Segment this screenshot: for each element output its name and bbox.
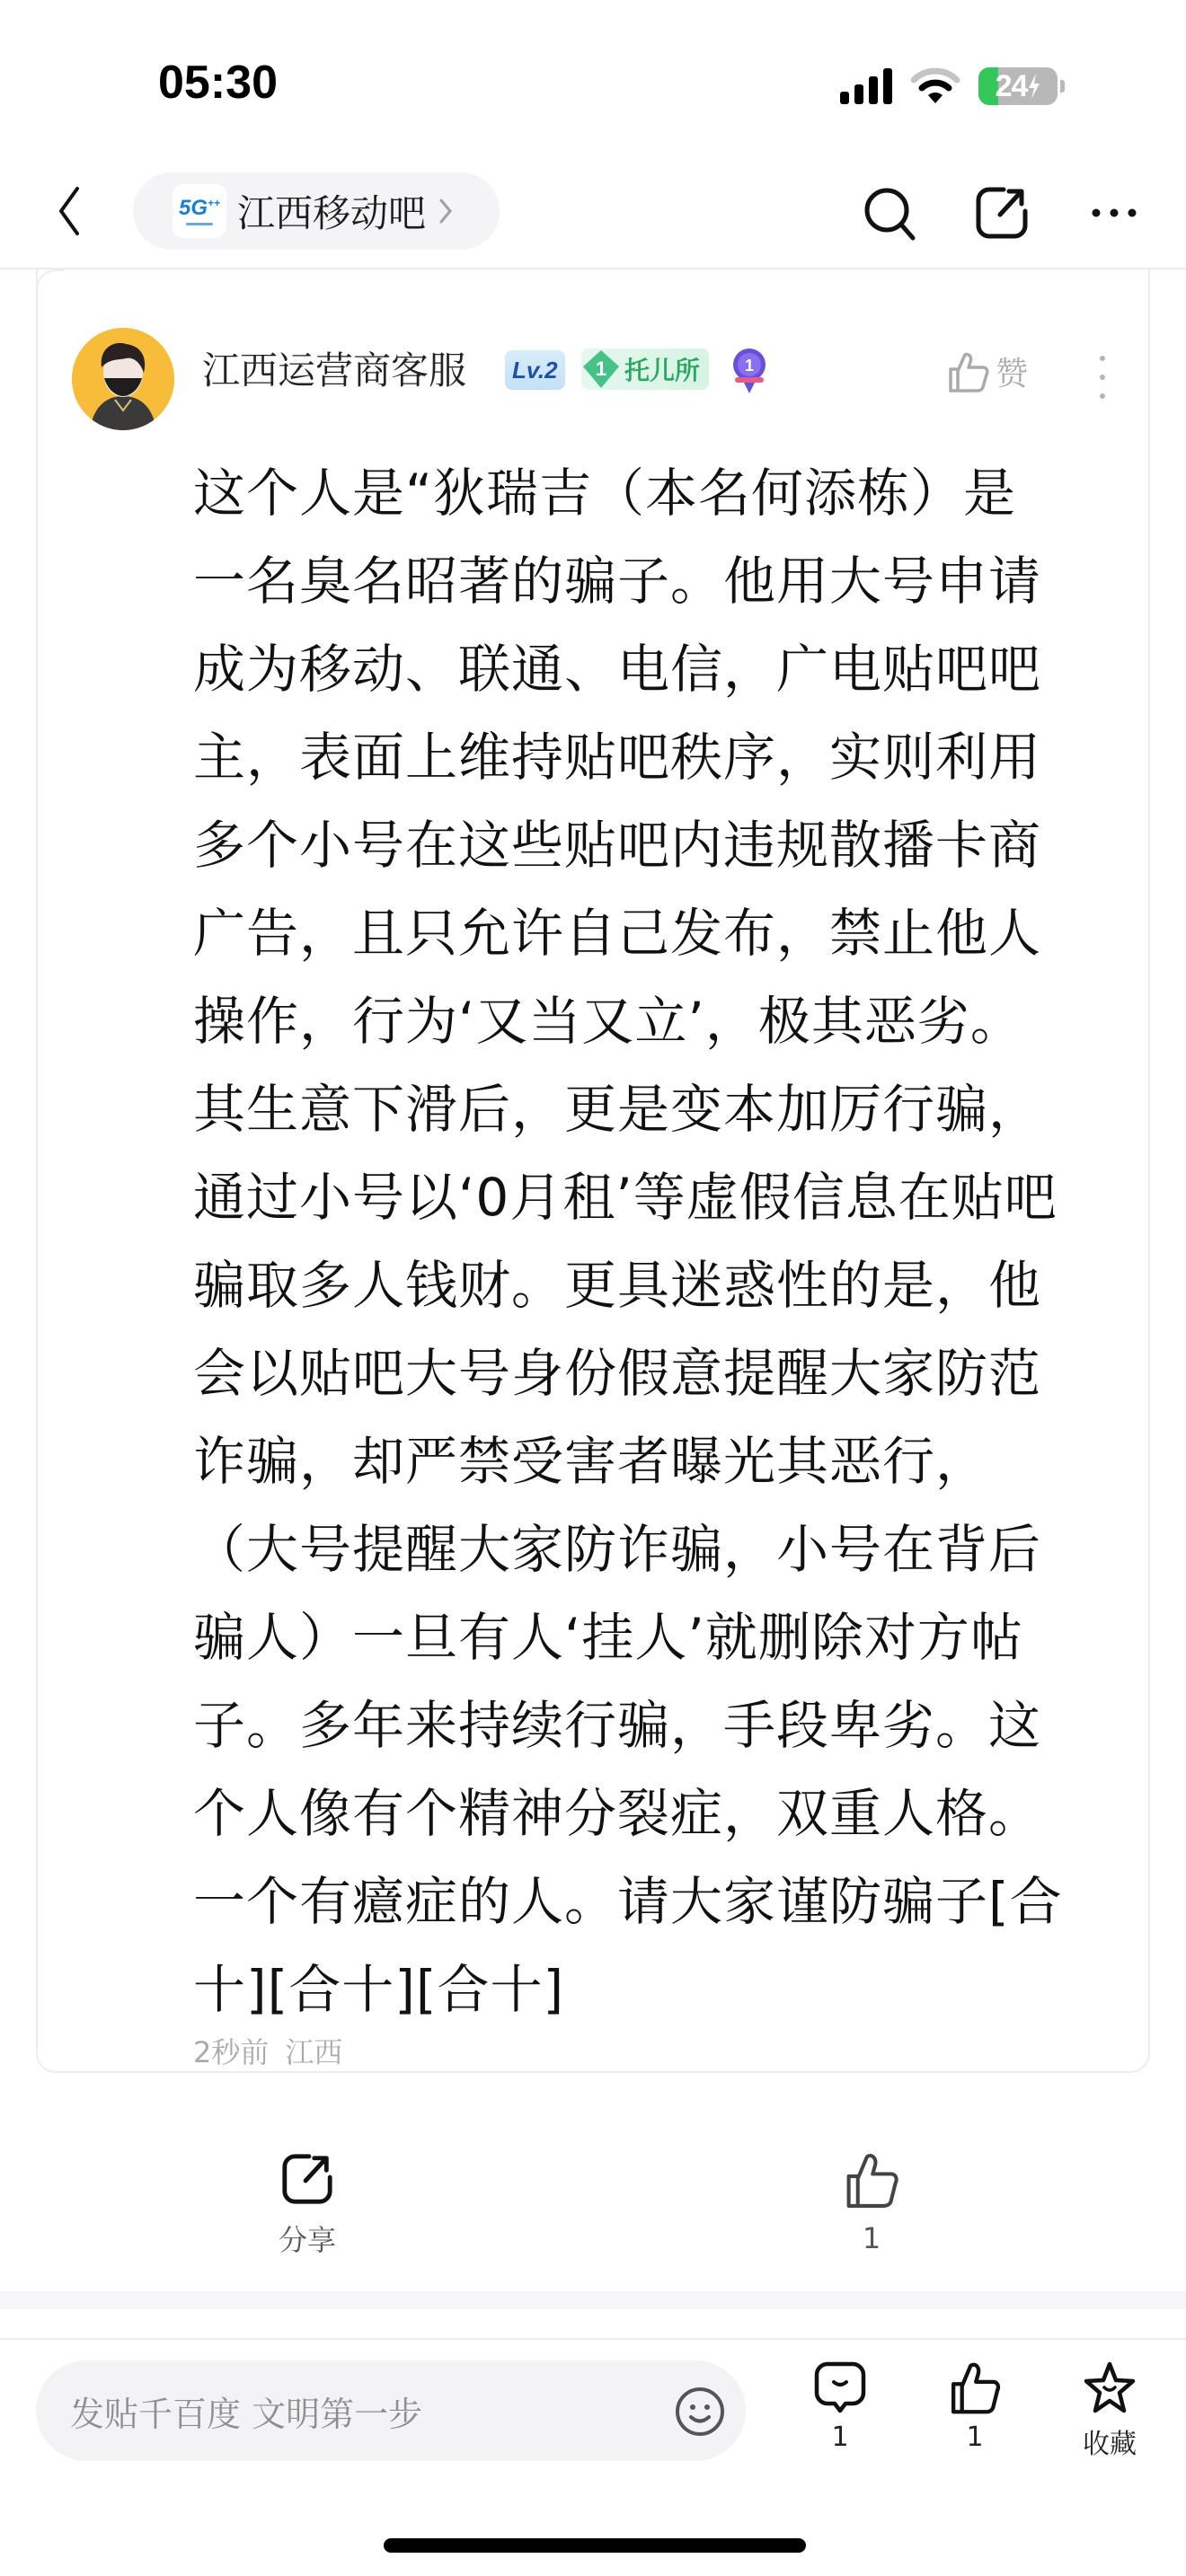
search-button[interactable] <box>861 184 918 242</box>
status-time: 05:30 <box>158 56 278 110</box>
body-line: 骗取多人钱财。更具迷惑性的是，他 <box>193 1241 1128 1329</box>
body-line: 其生意下滑后，更是变本加厉行骗， <box>193 1065 1128 1153</box>
search-icon <box>861 184 918 242</box>
share-action-button[interactable]: 分享 <box>235 2151 379 2259</box>
comment-button[interactable]: 1 <box>791 2360 889 2453</box>
post-meta: 2秒前 江西 <box>193 2030 342 2071</box>
post-time: 2秒前 <box>193 2030 269 2071</box>
more-horizontal-icon <box>1085 184 1143 242</box>
body-line: 通过小号以‘0月租’等虚假信息在贴吧 <box>193 1153 1128 1241</box>
emoji-button[interactable] <box>674 2386 726 2438</box>
share-icon <box>973 184 1031 242</box>
post-card: 江西运营商客服 Lv.2 1 托儿所 1 赞 这个人是“狄瑞吉（本名何添栋）是 … <box>36 269 1150 2073</box>
body-line: 这个人是“狄瑞吉（本名何添栋）是 <box>193 449 1128 537</box>
body-line: 骗人）一旦有人‘挂人’就删除对方帖 <box>193 1593 1128 1681</box>
comment-input[interactable]: 发贴千百度 文明第一步 <box>36 2360 746 2461</box>
forum-name: 江西移动吧 <box>237 184 426 238</box>
body-line: 操作，行为‘又当又立’，极其恶劣。 <box>193 977 1128 1065</box>
top-nav-bar: 5G++ 江西移动吧 <box>0 171 1186 251</box>
status-icons: 24 <box>840 66 1065 106</box>
battery-indicator: 24 <box>978 67 1065 105</box>
favorite-button[interactable]: 收藏 <box>1060 2360 1159 2461</box>
body-line: 诈骗，却严禁受害者曝光其恶行， <box>193 1417 1128 1505</box>
back-button[interactable] <box>47 184 92 238</box>
body-line: 广告，且只允许自己发布，禁止他人 <box>193 889 1128 977</box>
share-icon <box>279 2151 335 2207</box>
battery-percent: 24 <box>996 69 1028 104</box>
forum-logo: 5G++ <box>173 184 226 238</box>
home-indicator[interactable] <box>384 2538 806 2553</box>
like-label: 赞 <box>996 348 1028 394</box>
group-badge-label: 托儿所 <box>624 351 700 387</box>
author-avatar[interactable] <box>72 328 174 430</box>
like-button[interactable]: 1 <box>925 2360 1024 2453</box>
body-line: 一个有癔症的人。请大家谨防骗子[合 <box>193 1857 1128 1945</box>
body-line: 会以贴吧大号身份假意提醒大家防范 <box>193 1329 1128 1417</box>
gem-icon: 1 <box>581 348 621 390</box>
body-line: 成为移动、联通、电信，广电贴吧吧 <box>193 625 1128 713</box>
more-vertical-icon <box>1100 356 1105 361</box>
comment-count: 1 <box>831 2422 848 2453</box>
thumbs-up-icon <box>948 2360 1002 2416</box>
share-label: 分享 <box>279 2218 336 2259</box>
bottom-bar-divider <box>0 2338 1186 2340</box>
body-line: 子。多年来持续行骗，手段卑劣。这 <box>193 1681 1128 1769</box>
favorite-label: 收藏 <box>1083 2422 1137 2461</box>
body-line: 个人像有个精神分裂症，双重人格。 <box>193 1769 1128 1857</box>
section-separator <box>0 2291 1186 2309</box>
body-line: 一名臭名昭著的骗子。他用大号申请 <box>193 537 1128 625</box>
thumbs-up-icon <box>945 349 990 394</box>
post-like-button[interactable]: 赞 <box>945 348 1028 394</box>
post-more-button[interactable] <box>1089 350 1116 404</box>
svg-text:1: 1 <box>745 357 754 375</box>
level-badge: Lv.2 <box>505 350 565 390</box>
comment-bubble-icon <box>813 2360 867 2416</box>
body-line: 主，表面上维持贴吧秩序，实则利用 <box>193 713 1128 801</box>
post-body: 这个人是“狄瑞吉（本名何添栋）是 一名臭名昭著的骗子。他用大号申请 成为移动、联… <box>193 449 1128 2033</box>
thumbs-up-icon <box>843 2151 900 2210</box>
share-button[interactable] <box>973 184 1031 242</box>
group-badge: 1 托儿所 <box>581 348 709 390</box>
chevron-right-icon <box>438 198 453 225</box>
like-count: 1 <box>966 2422 983 2453</box>
body-line: 十][合十][合十] <box>193 1945 1128 2033</box>
like-action-button[interactable]: 1 <box>800 2151 943 2255</box>
comment-input-placeholder: 发贴千百度 文明第一步 <box>70 2386 422 2436</box>
medal-badge-icon: 1 <box>731 345 767 395</box>
forum-entry-button[interactable]: 5G++ 江西移动吧 <box>133 172 500 250</box>
author-username[interactable]: 江西运营商客服 <box>202 341 466 395</box>
chevron-left-icon <box>56 185 83 237</box>
body-line: 多个小号在这些贴吧内违规散播卡商 <box>193 801 1128 889</box>
avatar-illustration <box>72 328 174 430</box>
charging-bolt-icon <box>1028 74 1040 99</box>
more-button[interactable] <box>1085 184 1143 242</box>
body-line: （大号提醒大家防诈骗，小号在背后 <box>193 1505 1128 1593</box>
smiley-icon <box>674 2386 726 2438</box>
like-count: 1 <box>863 2221 881 2255</box>
post-location: 江西 <box>285 2030 342 2071</box>
star-icon <box>1082 2360 1137 2416</box>
cellular-signal-icon <box>840 68 892 104</box>
wifi-icon <box>910 67 960 105</box>
